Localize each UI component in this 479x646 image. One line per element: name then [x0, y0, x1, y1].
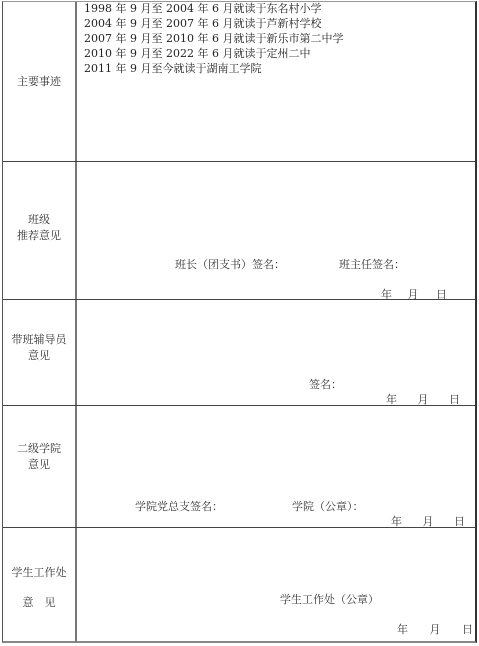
class-recommendation-row: 班级 推荐意见 班长（团支书）签名： 班主任签名： 年 月 日: [3, 162, 475, 300]
date-day: 日: [449, 391, 460, 407]
date-field: 年 月 日: [386, 391, 460, 407]
college-seal-label: 学院（公章）：: [292, 498, 364, 514]
date-year: 年: [391, 513, 402, 529]
class-recommendation-content[interactable]: 班长（团支书）签名： 班主任签名： 年 月 日: [77, 162, 475, 299]
counselor-opinion-row: 带班辅导员 意见 签名： 年 月 日: [3, 300, 475, 406]
date-month: 月: [430, 621, 441, 637]
history-line: 2007 年 9 月至 2010 年 6 月就读于新乐市第二中学: [84, 32, 343, 46]
main-deeds-label-cell: 主要事迹: [3, 2, 77, 161]
history-line: 2010 年 9 月至 2022 年 6 月就读于定州二中: [84, 47, 310, 61]
recommendation-form: 主要事迹 1998 年 9 月至 2004 年 6 月就读于东名村小学 2004…: [2, 1, 477, 643]
class-recommendation-label-line1: 班级: [28, 212, 50, 228]
party-branch-signature-label: 学院党总支签名：: [135, 498, 223, 514]
date-month: 月: [418, 391, 429, 407]
student-affairs-label-line2: 意 见: [23, 595, 56, 611]
date-field: 年 月 日: [397, 621, 473, 637]
college-opinion-label-cell: 二级学院 意见: [3, 406, 77, 527]
student-affairs-label-line1: 学生工作处: [12, 565, 67, 581]
date-month: 月: [423, 513, 434, 529]
counselor-opinion-content[interactable]: 签名： 年 月 日: [77, 300, 475, 405]
counselor-opinion-label-cell: 带班辅导员 意见: [3, 300, 77, 405]
date-year: 年: [386, 391, 397, 407]
class-recommendation-label-line2: 推荐意见: [17, 228, 61, 244]
main-deeds-label: 主要事迹: [17, 74, 61, 90]
date-day: 日: [462, 621, 473, 637]
college-opinion-content[interactable]: 学院党总支签名： 学院（公章）： 年 月 日: [77, 406, 475, 527]
student-affairs-seal-label: 学生工作处（公章）: [280, 591, 379, 607]
head-teacher-signature-label: 班主任签名：: [339, 256, 405, 272]
counselor-signature-label: 签名：: [309, 376, 342, 392]
date-day: 日: [454, 513, 465, 529]
college-opinion-label-line1: 二级学院: [17, 441, 61, 457]
history-line: 2004 年 9 月至 2007 年 6 月就读于芦新村学校: [84, 17, 321, 31]
history-line: 2011 年 9 月至今就读于湖南工学院: [84, 62, 261, 76]
college-opinion-row: 二级学院 意见 学院党总支签名： 学院（公章）： 年 月 日: [3, 406, 475, 528]
monitor-signature-label: 班长（团支书）签名：: [175, 256, 285, 272]
date-field: 年 月 日: [391, 513, 465, 529]
main-deeds-row: 主要事迹 1998 年 9 月至 2004 年 6 月就读于东名村小学 2004…: [3, 2, 475, 162]
counselor-opinion-label-line2: 意见: [28, 348, 50, 364]
student-affairs-opinion-row: 学生工作处 意 见 学生工作处（公章） 年 月 日: [3, 528, 475, 642]
main-deeds-content[interactable]: 1998 年 9 月至 2004 年 6 月就读于东名村小学 2004 年 9 …: [77, 2, 475, 161]
student-affairs-content[interactable]: 学生工作处（公章） 年 月 日: [77, 528, 475, 642]
college-opinion-label-line2: 意见: [28, 457, 50, 473]
history-line: 1998 年 9 月至 2004 年 6 月就读于东名村小学: [84, 2, 321, 16]
student-affairs-label-cell: 学生工作处 意 见: [3, 528, 77, 642]
counselor-opinion-label-line1: 带班辅导员: [12, 332, 67, 348]
date-year: 年: [397, 621, 408, 637]
class-recommendation-label-cell: 班级 推荐意见: [3, 162, 77, 299]
